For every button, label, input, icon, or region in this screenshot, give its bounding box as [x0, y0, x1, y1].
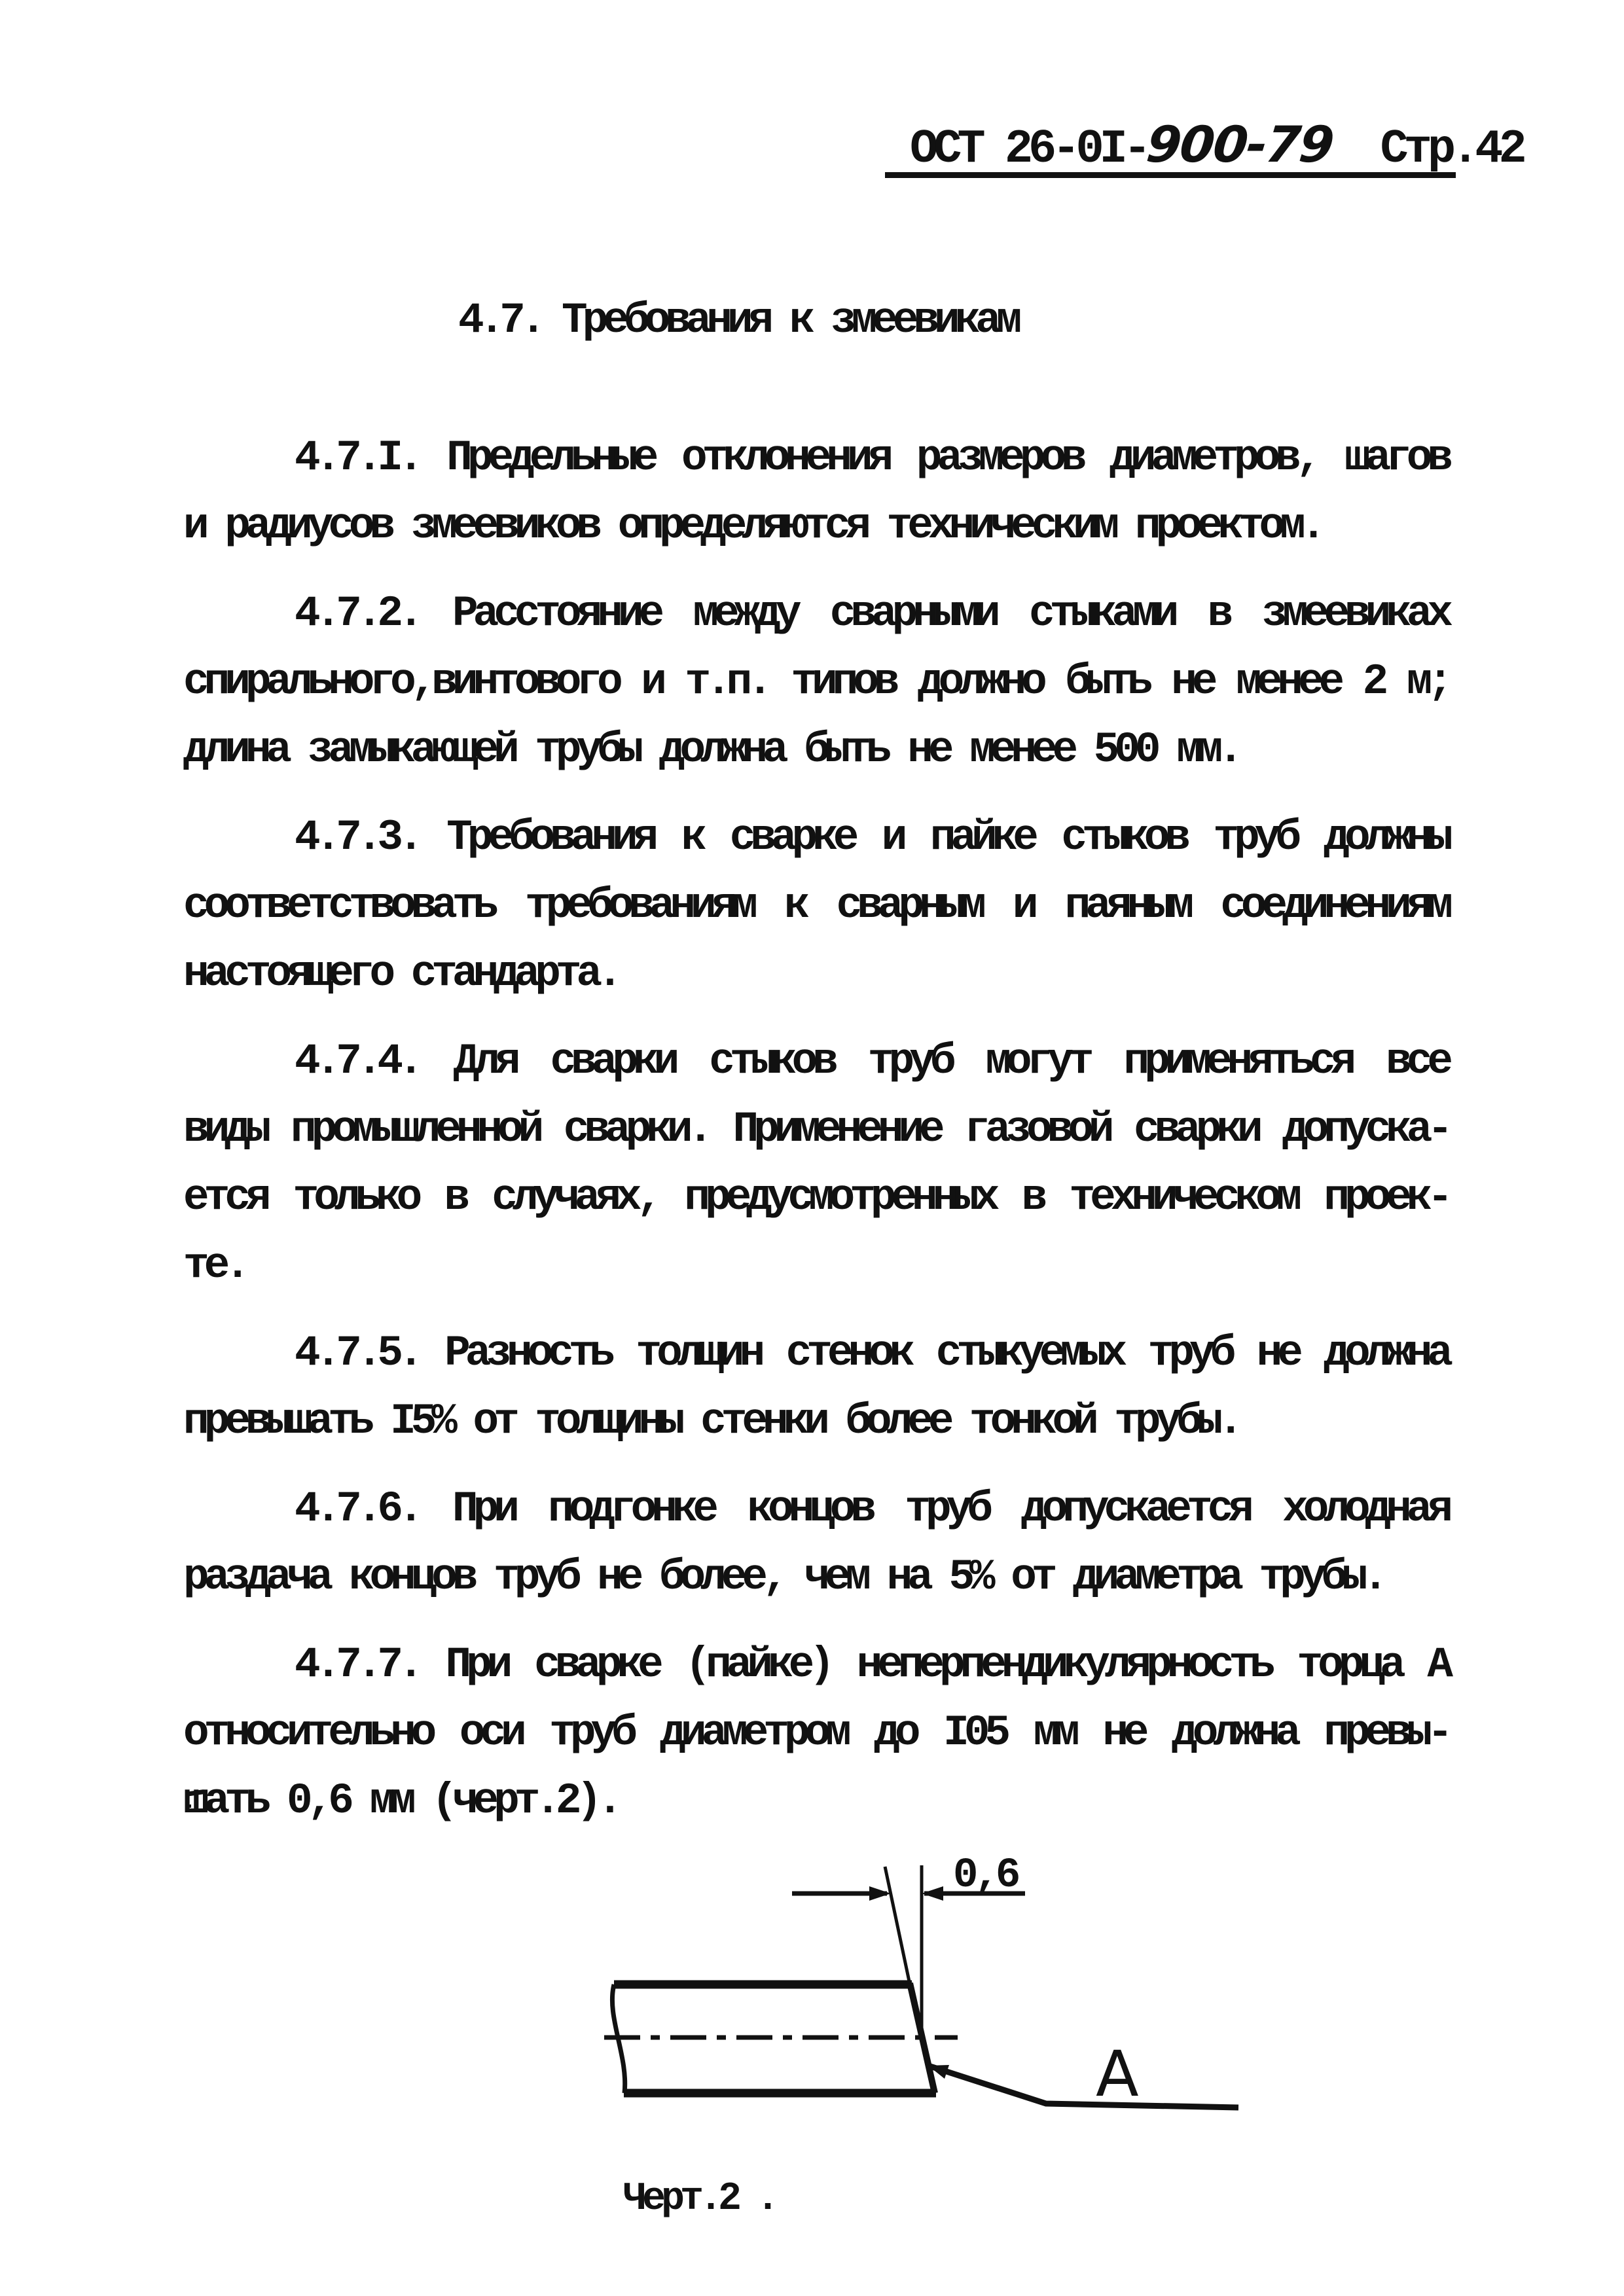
header-underline — [885, 172, 1456, 178]
paragraph-line: 4.7.7. При сварке (пайке) неперпендикуля… — [183, 1631, 1448, 1699]
paragraph-line: виды промышленной сварки. Применение газ… — [183, 1096, 1448, 1164]
paragraph-4-7-2: 4.7.2. Расстояние между сварными стыками… — [183, 580, 1448, 784]
figure-caption: Черт.2 . — [623, 2177, 775, 2221]
standard-designation-prefix: ОСТ 26-0I- — [910, 122, 1147, 176]
paragraph-line: 4.7.4. Для сварки стыков труб могут прим… — [183, 1028, 1448, 1096]
paragraph-line: 4.7.I. Предельные отклонения размеров ди… — [183, 424, 1448, 492]
scan-artifact-dot — [185, 1804, 191, 1808]
face-label: А — [1096, 2037, 1139, 2111]
paragraph-line: 4.7.6. При подгонке концов труб допускае… — [183, 1475, 1448, 1543]
paragraph-line: раздача концов труб не более, чем на 5% … — [183, 1543, 1448, 1611]
paragraph-line: спирального,винтового и т.п. типов должн… — [183, 648, 1448, 716]
section-title: 4.7. Требования к змеевикам — [458, 296, 1017, 345]
paragraph-line: настоящего стандарта. — [183, 940, 1448, 1008]
paragraph-line: соответствовать требованиям к сварным и … — [183, 872, 1448, 940]
paragraph-line: 4.7.3. Требования к сварке и пайке стыко… — [183, 804, 1448, 872]
page-number-label: Стр.42 — [1380, 122, 1522, 176]
paragraph-4-7-6: 4.7.6. При подгонке концов труб допускае… — [183, 1475, 1448, 1611]
paragraph-line: превышать I5% от толщины стенки более то… — [183, 1388, 1448, 1456]
paragraph-line: и радиусов змеевиков определяются технич… — [183, 492, 1448, 560]
face-leader-line — [928, 2065, 1238, 2108]
header-spacer — [1333, 122, 1380, 176]
standard-number-handwritten: 900-79 — [1144, 115, 1335, 173]
paragraph-4-7-3: 4.7.3. Требования к сварке и пайке стыко… — [183, 804, 1448, 1008]
paragraph-line: длина замыкающей трубы должна быть не ме… — [183, 716, 1448, 784]
paragraph-line: 4.7.5. Разность толщин стенок стыкуемых … — [183, 1319, 1448, 1388]
end-face-extension-line — [885, 1867, 910, 1984]
page-header: ОСТ 26-0I-900-79 Стр.42 — [910, 115, 1523, 176]
paragraph-4-7-4: 4.7.4. Для сварки стыков труб могут прим… — [183, 1028, 1448, 1300]
figure-drawing-pipe-end: 0,6 А — [556, 1837, 1309, 2121]
paragraph-line: относительно оси труб диаметром до I05 м… — [183, 1699, 1448, 1767]
paragraph-line: 4.7.2. Расстояние между сварными стыками… — [183, 580, 1448, 648]
paragraph-4-7-1: 4.7.I. Предельные отклонения размеров ди… — [183, 424, 1448, 560]
document-page: ОСТ 26-0I-900-79 Стр.42 4.7. Требования … — [0, 0, 1624, 2296]
paragraph-4-7-5: 4.7.5. Разность толщин стенок стыкуемых … — [183, 1319, 1448, 1456]
paragraph-line: ется только в случаях, предусмотренных в… — [183, 1164, 1448, 1232]
paragraph-line: шать 0,6 мм (черт.2). — [183, 1767, 1448, 1835]
paragraph-line: те. — [183, 1232, 1448, 1300]
body-text: 4.7.I. Предельные отклонения размеров ди… — [183, 424, 1448, 1855]
paragraph-4-7-7: 4.7.7. При сварке (пайке) неперпендикуля… — [183, 1631, 1448, 1835]
